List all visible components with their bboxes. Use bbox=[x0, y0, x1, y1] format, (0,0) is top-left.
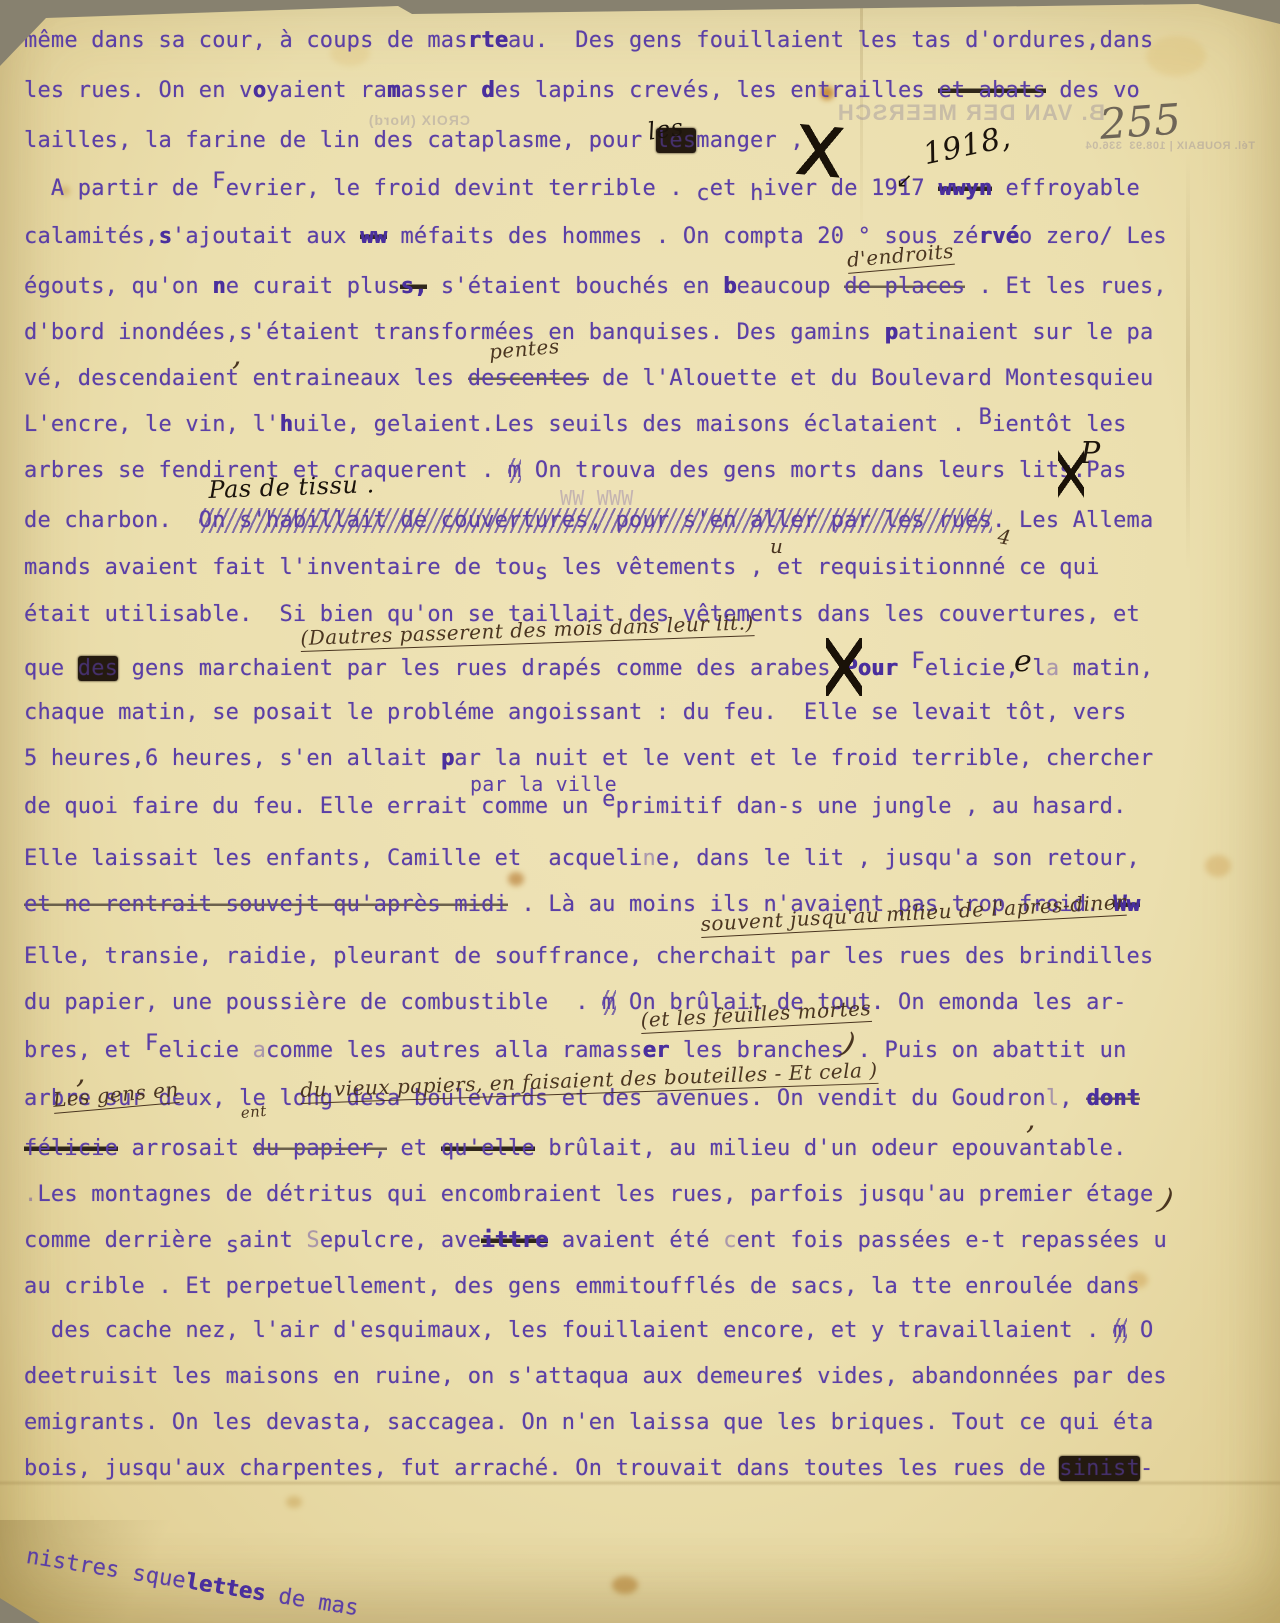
typed-line: mands avaient fait l'inventaire de tous … bbox=[24, 557, 1100, 579]
typed-text: ientôt les bbox=[992, 412, 1126, 437]
handwritten-1918: 1918, bbox=[920, 120, 1014, 173]
struck-text: m bbox=[602, 990, 615, 1015]
typed-text: primitif dan-s une jungle , au hasard. bbox=[616, 794, 1127, 819]
letterhead-showthrough-city: CROIX (Nord) bbox=[368, 112, 470, 128]
manuscript-page: même dans sa cour, à coups de masrteau. … bbox=[0, 0, 1280, 1623]
typed-text: des bbox=[78, 656, 118, 681]
insertion-arrow: ↙ bbox=[896, 168, 913, 192]
typed-text: . Et les rues, bbox=[965, 274, 1167, 299]
typed-text: p bbox=[441, 746, 454, 771]
typed-text: s bbox=[226, 1233, 239, 1258]
typed-text: ittre bbox=[481, 1228, 548, 1253]
typed-text: et bbox=[387, 1136, 441, 1161]
stain bbox=[1205, 855, 1231, 877]
struck-text: félicie bbox=[24, 1136, 118, 1161]
struck-text: de places bbox=[844, 274, 965, 299]
insertion-caret: 4 bbox=[996, 524, 1013, 550]
typed-text: lailles, la farine de lin des cataplasme… bbox=[24, 128, 656, 153]
typed-text: les branches . Puis on abattit un bbox=[669, 1038, 1126, 1063]
typed-text: o bbox=[253, 78, 266, 103]
struck-text: et ne rentrait souvejt qu'après midi bbox=[24, 892, 508, 917]
typed-text: tes bbox=[224, 1576, 268, 1607]
typed-text: m bbox=[387, 78, 400, 103]
struck-text: dont bbox=[1086, 1086, 1140, 1111]
typed-text: aint bbox=[239, 1228, 306, 1253]
typed-line: calamités,s'ajoutait aux ww méfaits des … bbox=[24, 226, 1167, 248]
typed-text: n bbox=[642, 846, 655, 871]
typed-text: A partir de bbox=[24, 176, 212, 201]
x-mark-1 bbox=[796, 124, 844, 178]
letterhead-showthrough-name: B. VAN DER MEERSCH bbox=[836, 100, 1105, 126]
typed-text: les vêtements , et requisitionnné ce qui bbox=[548, 555, 1099, 580]
typed-text: ar la nuit et le vent et le froid terrib… bbox=[454, 746, 1153, 771]
typed-text: B bbox=[979, 405, 992, 430]
typed-text: p bbox=[885, 320, 898, 345]
typed-text: epulcre, ave bbox=[320, 1228, 481, 1253]
typed-line: Elle laissait les enfants, Camille et ac… bbox=[24, 848, 1140, 870]
typed-line: vé, descendaient entraineaux les descent… bbox=[24, 368, 1153, 390]
typed-text: 'ajoutait aux bbox=[172, 224, 360, 249]
typed-text: eaucoup bbox=[737, 274, 845, 299]
typed-text: a bbox=[253, 1038, 266, 1063]
typed-text: vé, descendaient entraineaux les bbox=[24, 366, 468, 391]
typed-text: . Les Allema bbox=[992, 508, 1153, 533]
typed-text: emigrants. On les devasta, saccagea. On … bbox=[24, 1410, 1153, 1435]
typed-text: au crible . Et perpetuellement, des gens… bbox=[24, 1274, 1140, 1299]
typed-text: On trouva des gens morts dans leurs lits… bbox=[521, 458, 1086, 483]
scan-background: { "document": { "typed_lines": [ {"y":30… bbox=[0, 0, 1280, 1623]
typed-line: .Les montagnes de détritus qui encombrai… bbox=[24, 1184, 1153, 1206]
typed-text: e, dans le lit , jusqu'a son retour, bbox=[656, 846, 1140, 871]
typed-line: bres, et Felicie acomme les autres alla … bbox=[24, 1040, 1127, 1062]
typed-text bbox=[898, 656, 911, 681]
typed-text: du papier, une poussière de combustible … bbox=[24, 990, 602, 1015]
typed-line: bois, jusqu'aux charpentes, fut arraché.… bbox=[24, 1458, 1153, 1480]
typed-text: deetruisit les maisons en ruine, on s'at… bbox=[24, 1364, 1167, 1389]
x-mark-3 bbox=[826, 638, 862, 696]
typed-text: nistres sque bbox=[24, 1544, 187, 1594]
typed-line: arbres se fendirent et craquerent . m On… bbox=[24, 460, 1127, 482]
stain bbox=[1146, 36, 1206, 76]
typed-text: 5 heures,6 heures, s'en allait bbox=[24, 746, 441, 771]
typed-text: de l'Alouette et du Boulevard Montesquie… bbox=[589, 366, 1154, 391]
typed-text: ww bbox=[360, 224, 387, 249]
typed-line: des cache nez, l'air d'esquimaux, les fo… bbox=[24, 1320, 1153, 1342]
typed-text: b bbox=[723, 274, 736, 299]
typed-text: s bbox=[158, 224, 171, 249]
typed-text: Elle laissait les enfants, Camille et ac… bbox=[24, 846, 642, 871]
typed-text: brûlait, au milieu d'un odeur epouvantab… bbox=[535, 1136, 1127, 1161]
typed-text: yaient ra bbox=[266, 78, 387, 103]
typed-text: au. Des gens fouillaient les tas d'ordur… bbox=[508, 28, 1153, 53]
typed-text: F bbox=[911, 649, 924, 674]
typed-line: que des gens marchaient par les rues dra… bbox=[24, 658, 1153, 680]
typed-text: n bbox=[212, 274, 225, 299]
typed-text: ent fois passées e-t repassées u bbox=[737, 1228, 1167, 1253]
typed-text: F bbox=[212, 169, 225, 194]
handwritten-pentes: pentes bbox=[488, 334, 560, 364]
stain bbox=[286, 1496, 302, 1508]
typed-text: même dans sa cour, à coups de mas bbox=[24, 28, 468, 53]
struck-text: m bbox=[508, 458, 521, 483]
typed-text: L'encre, le vin, l' bbox=[24, 412, 279, 437]
letterhead-showthrough-phone: Tél. ROUBAIX | 108.93 336.04 bbox=[1085, 140, 1255, 152]
typed-text: d bbox=[481, 78, 494, 103]
typed-text: matin, bbox=[1059, 656, 1153, 681]
typed-line: comme derrière saint Sepulcre, aveittre … bbox=[24, 1230, 1167, 1252]
typed-text: Elle, transie, raidie, pleurant de souff… bbox=[24, 944, 1153, 969]
typed-text: effroyable bbox=[992, 176, 1140, 201]
typed-text: evrier, le froid devint terrible . bbox=[226, 176, 697, 201]
typed-text: rvé bbox=[979, 224, 1019, 249]
handwritten-e: e bbox=[1014, 644, 1032, 679]
typed-text: de charbon. bbox=[24, 508, 199, 533]
typed-line: A partir de Fevrier, le froid devint ter… bbox=[24, 178, 1140, 200]
typed-text: avaient été bbox=[548, 1228, 723, 1253]
struck-text: m bbox=[1113, 1318, 1126, 1343]
typed-text: a bbox=[1046, 656, 1059, 681]
ghost-overstrike: WW WWW bbox=[560, 486, 633, 510]
typed-text: égouts, qu'on bbox=[24, 274, 212, 299]
typed-line: lailles, la farine de lin des cataplasme… bbox=[24, 130, 804, 152]
typed-text: atinaient sur le pa bbox=[898, 320, 1153, 345]
typed-line: Elle, transie, raidie, pleurant de souff… bbox=[24, 946, 1153, 968]
typed-text: manger , bbox=[696, 128, 804, 153]
typed-text: calamités, bbox=[24, 224, 158, 249]
handwritten-comma-3: , bbox=[1026, 1102, 1036, 1137]
handwritten-ent: ent bbox=[240, 1102, 268, 1122]
typed-text: arrosait bbox=[118, 1136, 252, 1161]
handwritten-comma-4: , bbox=[795, 1348, 803, 1376]
typed-text: asser bbox=[401, 78, 482, 103]
typed-insertion-par-la-ville: par la ville bbox=[470, 772, 617, 796]
typed-text: c bbox=[696, 181, 709, 206]
typed-line-slipped: nistres squelettes de mas bbox=[25, 1546, 360, 1620]
typed-line: du papier, une poussière de combustible … bbox=[24, 992, 1127, 1014]
struck-text: descentes bbox=[468, 366, 589, 391]
typed-text: Les montagnes de détritus qui encombraie… bbox=[37, 1182, 1153, 1207]
typed-line: 5 heures,6 heures, s'en allait par la nu… bbox=[24, 748, 1153, 770]
stain bbox=[508, 872, 524, 886]
typed-text: er bbox=[643, 1038, 670, 1063]
typed-text: o zero/ Les bbox=[1019, 224, 1167, 249]
handwritten-u: u bbox=[770, 534, 783, 558]
handwritten-pas-de-tissu: Pas de tissu . bbox=[208, 470, 375, 504]
handwritten-P: P bbox=[1080, 436, 1101, 471]
typed-line: de charbon. On s'habillait de couverture… bbox=[24, 510, 1153, 532]
struck-text: qu'elle bbox=[441, 1136, 535, 1161]
typed-text: F bbox=[145, 1031, 158, 1056]
typed-line: égouts, qu'on ne curait pluss, s'étaient… bbox=[24, 276, 1167, 298]
typed-line: félicie arrosait du papier, et qu'elle b… bbox=[24, 1138, 1127, 1160]
typed-text: ramass bbox=[562, 1038, 643, 1063]
typed-text: mands avaient fait l'inventaire de tou bbox=[24, 555, 535, 580]
typed-text: let bbox=[184, 1569, 228, 1600]
typed-text: , bbox=[1059, 1086, 1086, 1111]
handwritten-les: les bbox=[646, 113, 685, 146]
stain bbox=[612, 1576, 638, 1594]
typed-text: de quoi faire du feu. Elle errait comme … bbox=[24, 794, 602, 819]
typed-text: O bbox=[1127, 1318, 1154, 1343]
typed-text: s, bbox=[400, 274, 427, 299]
typed-text: s bbox=[535, 560, 548, 585]
typed-text: l bbox=[1046, 1086, 1059, 1111]
typed-text: les rues. On en v bbox=[24, 78, 253, 103]
typed-line: de quoi faire du feu. Elle errait comme … bbox=[24, 796, 1127, 818]
struck-text: du papier, bbox=[253, 1136, 387, 1161]
typed-line: d'bord inondées,s'étaient transformées e… bbox=[24, 322, 1153, 344]
typed-text: d'bord inondées,s'étaient transformées e… bbox=[24, 320, 885, 345]
typed-text: et bbox=[710, 176, 750, 201]
typed-text: S bbox=[306, 1228, 319, 1253]
typed-text: des cache nez, l'air d'esquimaux, les fo… bbox=[24, 1318, 1113, 1343]
typed-text: elicie bbox=[158, 1038, 252, 1063]
typed-text: que bbox=[24, 656, 78, 681]
typed-text: de mas bbox=[263, 1582, 360, 1621]
typed-text: comme les autres alla bbox=[266, 1038, 562, 1063]
typed-line: chaque matin, se posait le probléme ango… bbox=[24, 702, 1127, 724]
typed-text: rte bbox=[468, 28, 508, 53]
struck-text: On s'habillait de couvertures, pour s'en… bbox=[199, 508, 992, 533]
typed-text: c bbox=[723, 1228, 736, 1253]
typed-text: sinist bbox=[1059, 1456, 1140, 1481]
typed-line: emigrants. On les devasta, saccagea. On … bbox=[24, 1412, 1153, 1434]
typed-text: chaque matin, se posait le probléme ango… bbox=[24, 700, 1127, 725]
typed-line: même dans sa cour, à coups de masrteau. … bbox=[24, 30, 1153, 52]
typed-text: uile, gelaient.Les seuils des maisons éc… bbox=[293, 412, 979, 437]
typed-line: deetruisit les maisons en ruine, on s'at… bbox=[24, 1366, 1167, 1388]
typed-text: comme derrière bbox=[24, 1228, 226, 1253]
typed-text: gens marchaient par les rues drapés comm… bbox=[118, 656, 844, 681]
crease bbox=[1186, 150, 1190, 570]
typed-text: h bbox=[750, 181, 763, 206]
typed-text: wwyn bbox=[938, 176, 992, 201]
typed-line: au crible . Et perpetuellement, des gens… bbox=[24, 1276, 1140, 1298]
typed-line: L'encre, le vin, l'huile, gelaient.Les s… bbox=[24, 414, 1127, 436]
typed-text: bois, jusqu'aux charpentes, fut arraché.… bbox=[24, 1456, 1059, 1481]
typed-text: s'étaient bouchés en bbox=[427, 274, 723, 299]
typed-text: - bbox=[1140, 1456, 1153, 1481]
handwritten-paren-2: ) bbox=[1155, 1182, 1177, 1219]
typed-text: h bbox=[279, 412, 292, 437]
typed-text: . bbox=[24, 1182, 37, 1207]
typed-text: e curait plus bbox=[226, 274, 401, 299]
typed-line: les rues. On en voyaient ramasser des la… bbox=[24, 80, 1140, 102]
handwritten-comma-1: , bbox=[232, 338, 242, 373]
